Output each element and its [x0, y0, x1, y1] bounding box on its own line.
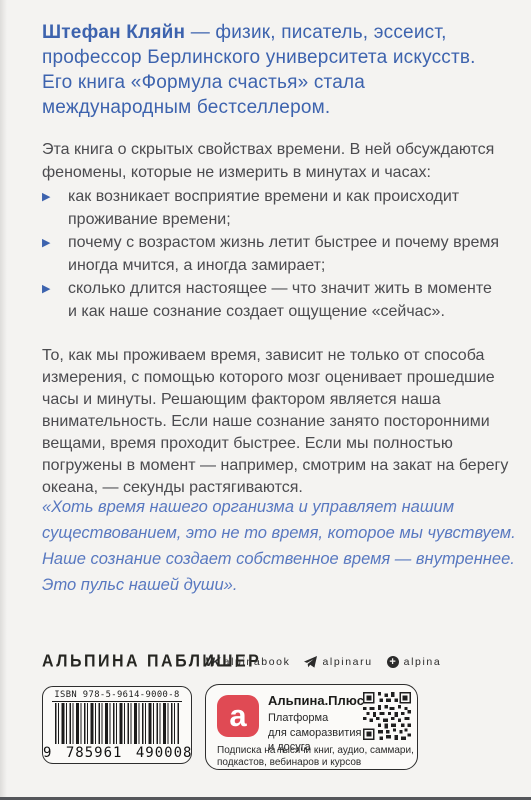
- barcode-number: 9 785961 490008: [43, 745, 191, 761]
- app-icon-letter: a: [229, 697, 246, 735]
- social-handle: alpina: [404, 656, 442, 668]
- bullet-list: ▶ как возникает восприятие времени и как…: [42, 185, 516, 323]
- bullet-text: сколько длится настоящее — что значит жи…: [68, 277, 492, 323]
- list-item: ▶ сколько длится настоящее — что значит …: [42, 277, 516, 323]
- triangle-bullet-icon: ▶: [42, 277, 68, 301]
- bullet-text: как возникает восприятие времени и как п…: [68, 185, 459, 231]
- author-intro: Штефан Кляйн — физик, писатель, эссеист,…: [42, 20, 526, 120]
- publisher-logo: АЛЬПИНА ПАБЛИШЕР: [42, 652, 205, 671]
- main-paragraph: То, как мы проживаем время, зависит не т…: [42, 345, 520, 499]
- bullet-text: почему с возрастом жизнь летит быстрее и…: [68, 231, 499, 277]
- plus-circle-icon: +: [387, 656, 399, 668]
- triangle-bullet-icon: ▶: [42, 185, 68, 209]
- isbn-barcode-box: ISBN 978-5-9614-9000-8 9 785961 490008: [42, 686, 192, 764]
- qr-code-icon: [363, 692, 411, 740]
- page-left-shade: [0, 0, 7, 800]
- author-name: Штефан Кляйн: [42, 22, 185, 43]
- alpina-plus-box: a Альпина.Плюс Платформа для саморазвити…: [205, 684, 418, 770]
- intro-paragraph: Эта книга о скрытых свойствах времени. В…: [42, 138, 516, 184]
- triangle-bullet-icon: ▶: [42, 231, 68, 255]
- social-alpina: + alpina: [387, 656, 442, 668]
- barcode: [55, 703, 179, 744]
- author-quote: «Хоть время нашего организма и управляет…: [42, 494, 520, 598]
- publisher-row: АЛЬПИНА ПАБЛИШЕР VK alpinabook alpinaru …: [42, 651, 502, 673]
- list-item: ▶ почему с возрастом жизнь летит быстрее…: [42, 231, 516, 277]
- isbn-label: ISBN 978-5-9614-9000-8: [52, 690, 182, 702]
- alpina-app-icon: a: [217, 695, 259, 737]
- alpina-plus-title: Альпина.Плюс: [268, 693, 364, 708]
- social-telegram: alpinaru: [304, 656, 372, 668]
- social-handle: alpinaru: [322, 656, 372, 668]
- telegram-icon: [304, 656, 317, 668]
- alpina-plus-description: Подписка на тысячи книг, аудио, саммари,…: [217, 745, 414, 769]
- book-back-cover: Штефан Кляйн — физик, писатель, эссеист,…: [0, 0, 531, 800]
- list-item: ▶ как возникает восприятие времени и как…: [42, 185, 516, 231]
